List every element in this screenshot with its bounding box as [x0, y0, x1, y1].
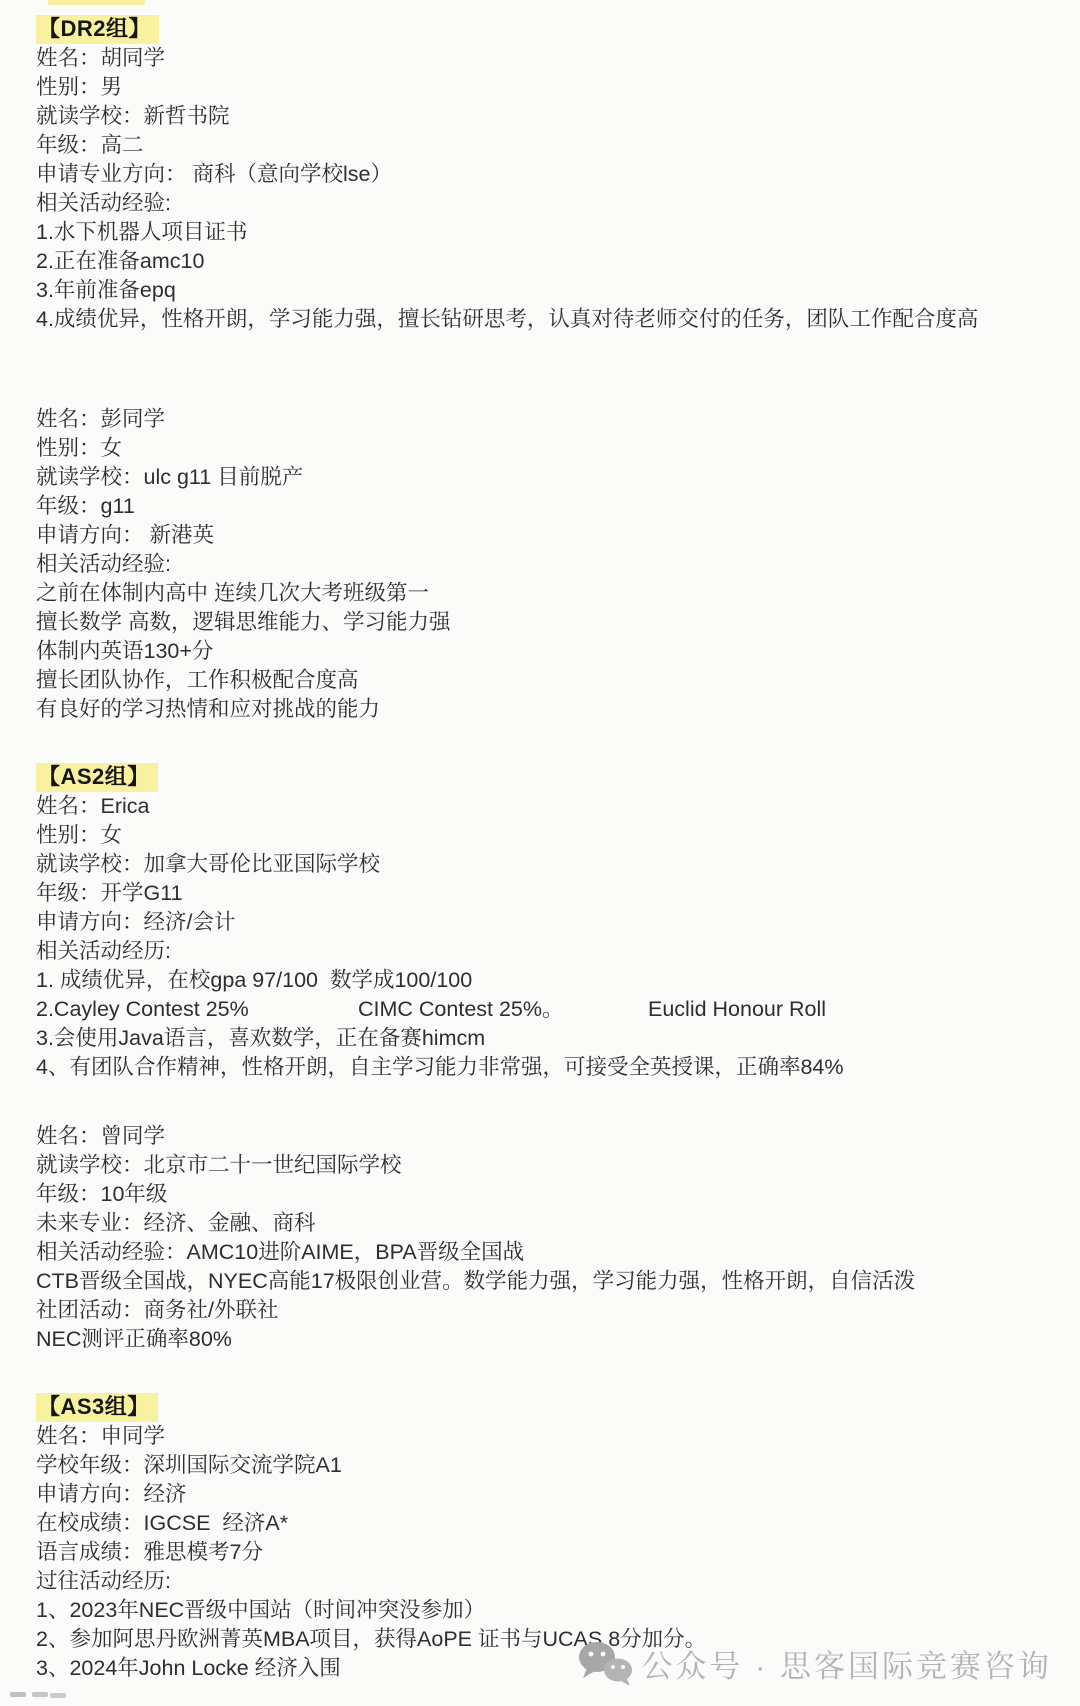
text-line: 1、2023年NEC晋级中国站（时间冲突没参加） [36, 1596, 1060, 1625]
text-line: 申请方向：经济 [36, 1480, 1060, 1509]
text-line: 3.会使用Java语言，喜欢数学，正在备赛himcm [36, 1024, 1060, 1053]
student-profile: 姓名：彭同学性别：女就读学校：ulc g11 目前脱产年级：g11申请方向： 新… [36, 405, 1060, 724]
text-line: 年级：高二 [36, 131, 1060, 160]
text-line: 2.正在准备amc10 [36, 247, 1060, 276]
text-line: 社团活动：商务社/外联社 [36, 1296, 1060, 1325]
text-line: 性别：女 [36, 821, 1060, 850]
text-line: 姓名：胡同学 [36, 44, 1060, 73]
text-line: 之前在体制内高中 连续几次大考班级第一 [36, 579, 1060, 608]
text-line: 过往活动经历: [36, 1567, 1060, 1596]
text-line: NEC测评正确率80% [36, 1325, 1060, 1354]
document-page: 【DR2组】姓名：胡同学性别：男就读学校：新哲书院年级：高二申请专业方向： 商科… [0, 0, 1080, 1706]
text-line: 4.成绩优异，性格开朗，学习能力强，擅长钻研思考，认真对待老师交付的任务，团队工… [36, 305, 1060, 334]
text-line: 年级：10年级 [36, 1180, 1060, 1209]
student-profile: 姓名：胡同学性别：男就读学校：新哲书院年级：高二申请专业方向： 商科（意向学校l… [36, 44, 1060, 334]
text-line: 3、2024年John Locke 经济入围 [36, 1654, 1060, 1683]
text-line: 姓名：申同学 [36, 1422, 1060, 1451]
text-line: 姓名：Erica [36, 792, 1060, 821]
text-line: 姓名：曾同学 [36, 1122, 1060, 1151]
text-line: 学校年级：深圳国际交流学院A1 [36, 1451, 1060, 1480]
group-header-row: 【DR2组】 [36, 14, 1060, 44]
group-dr2: 【DR2组】姓名：胡同学性别：男就读学校：新哲书院年级：高二申请专业方向： 商科… [36, 14, 1060, 724]
bottom-edge-artifact [10, 1692, 26, 1697]
text-line: 在校成绩：IGCSE 经济A* [36, 1509, 1060, 1538]
text-line: 就读学校：新哲书院 [36, 102, 1060, 131]
text-line: 就读学校：北京市二十一世纪国际学校 [36, 1151, 1060, 1180]
text-line: 申请方向：经济/会计 [36, 908, 1060, 937]
text-line: 有良好的学习热情和应对挑战的能力 [36, 695, 1060, 724]
column-text: 2.Cayley Contest 25% [36, 995, 249, 1024]
text-line: 就读学校：加拿大哥伦比亚国际学校 [36, 850, 1060, 879]
document-body: 【DR2组】姓名：胡同学性别：男就读学校：新哲书院年级：高二申请专业方向： 商科… [0, 0, 1080, 1683]
text-line-columns: 2.Cayley Contest 25%CIMC Contest 25%。Euc… [36, 995, 1060, 1024]
column-text: CIMC Contest 25%。 [358, 995, 564, 1024]
group-header-row: 【AS2组】 [36, 762, 1060, 792]
text-line: 4、有团队合作精神，性格开朗，自主学习能力非常强，可接受全英授课，正确率84% [36, 1053, 1060, 1082]
text-line: 申请方向： 新港英 [36, 521, 1060, 550]
text-line: 相关活动经历: [36, 937, 1060, 966]
text-line: 语言成绩：雅思模考7分 [36, 1538, 1060, 1567]
text-line: 擅长数学 高数，逻辑思维能力、学习能力强 [36, 608, 1060, 637]
text-line: 姓名：彭同学 [36, 405, 1060, 434]
group-header: 【AS3组】 [36, 1393, 158, 1422]
student-profile: 姓名：曾同学就读学校：北京市二十一世纪国际学校年级：10年级未来专业：经济、金融… [36, 1122, 1060, 1354]
text-line: 性别：男 [36, 73, 1060, 102]
text-line: CTB晋级全国战，NYEC高能17极限创业营。数学能力强，学习能力强，性格开朗，… [36, 1267, 1060, 1296]
text-line: 年级：g11 [36, 492, 1060, 521]
text-line: 相关活动经验: [36, 550, 1060, 579]
group-as3: 【AS3组】姓名：申同学学校年级：深圳国际交流学院A1申请方向：经济在校成绩：I… [36, 1392, 1060, 1683]
column-text: Euclid Honour Roll [648, 995, 826, 1024]
text-line: 1. 成绩优异，在校gpa 97/100 数学成100/100 [36, 966, 1060, 995]
group-as2: 【AS2组】姓名：Erica性别：女就读学校：加拿大哥伦比亚国际学校年级：开学G… [36, 762, 1060, 1354]
group-header-row: 【AS3组】 [36, 1392, 1060, 1422]
student-profile: 姓名：Erica性别：女就读学校：加拿大哥伦比亚国际学校年级：开学G11申请方向… [36, 792, 1060, 1082]
text-line: 1.水下机器人项目证书 [36, 218, 1060, 247]
student-profile: 姓名：申同学学校年级：深圳国际交流学院A1申请方向：经济在校成绩：IGCSE 经… [36, 1422, 1060, 1683]
text-line: 擅长团队协作，工作积极配合度高 [36, 666, 1060, 695]
text-line: 2、参加阿思丹欧洲菁英MBA项目，获得AoPE 证书与UCAS 8分加分。 [36, 1625, 1060, 1654]
text-line: 年级：开学G11 [36, 879, 1060, 908]
group-header: 【AS2组】 [36, 763, 158, 792]
group-header: 【DR2组】 [36, 15, 159, 44]
text-line: 体制内英语130+分 [36, 637, 1060, 666]
text-line: 申请专业方向： 商科（意向学校lse） [36, 160, 1060, 189]
text-line: 性别：女 [36, 434, 1060, 463]
text-line: 未来专业：经济、金融、商科 [36, 1209, 1060, 1238]
text-line: 3.年前准备epq [36, 276, 1060, 305]
text-line: 相关活动经验: [36, 189, 1060, 218]
text-line: 相关活动经验：AMC10进阶AIME，BPA晋级全国战 [36, 1238, 1060, 1267]
text-line: 就读学校：ulc g11 目前脱产 [36, 463, 1060, 492]
